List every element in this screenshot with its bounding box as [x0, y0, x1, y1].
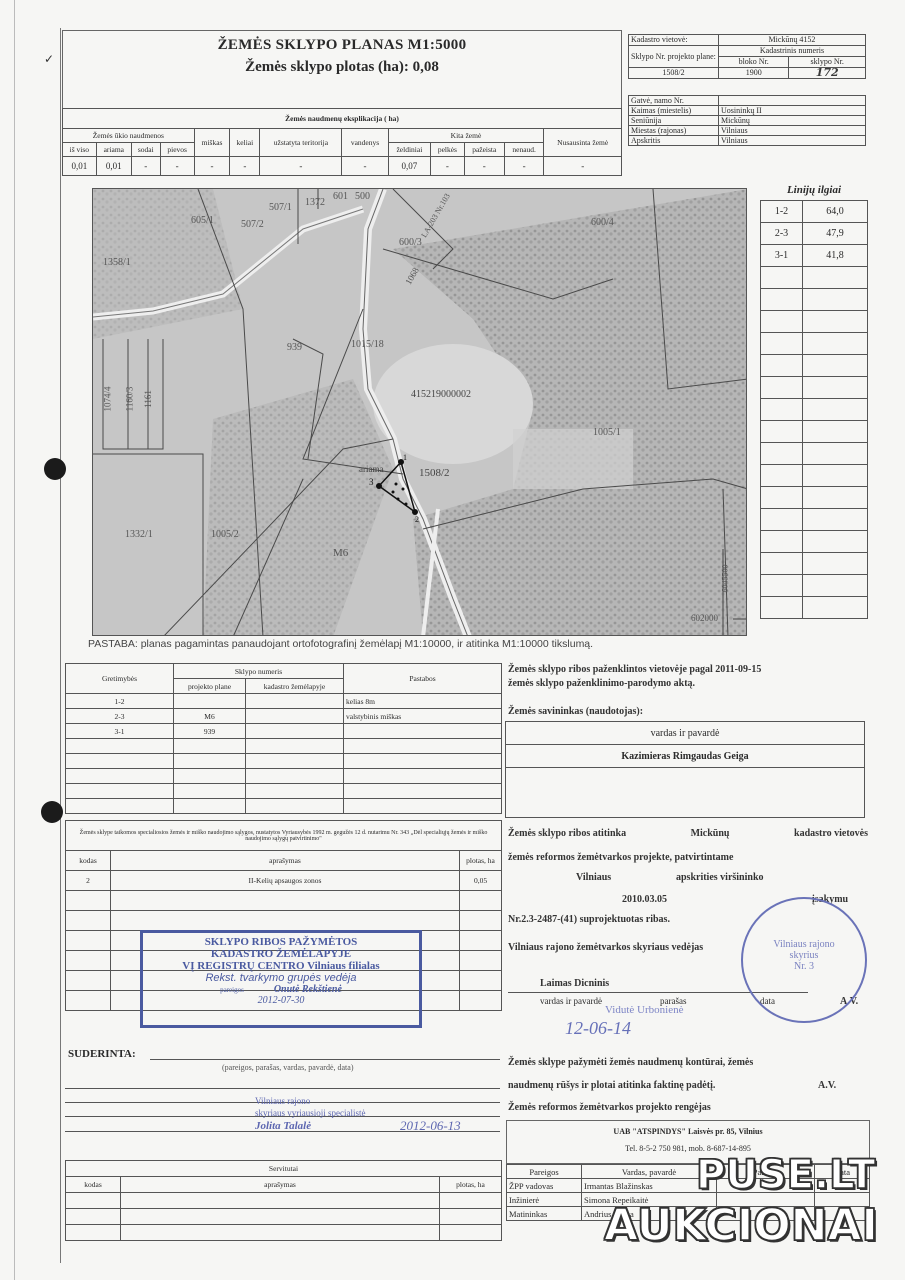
- map-label: 600/4: [591, 217, 614, 228]
- map-label: 1074/4: [103, 386, 113, 411]
- registry-stamp: SKLYPO RIBOS PAŽYMĖTOS KADASTRO ŽEMĖLAPY…: [140, 930, 422, 1028]
- marking-line-1: Žemės sklypo ribos paženklintos vietovėj…: [508, 664, 761, 675]
- map-label: 939: [287, 342, 302, 353]
- point-label: 2: [415, 515, 419, 524]
- table-row: 2-3M6valstybinis miškas: [66, 709, 502, 724]
- map-label: 1358/1: [103, 257, 131, 268]
- cadastre-table: Kadastro vietovė: Mickūnų 4152 Sklypo Nr…: [628, 34, 866, 79]
- owner-table: vardas ir pavardė Kazimieras Rimgaudas G…: [505, 721, 865, 818]
- punch-hole-bottom: [41, 801, 63, 823]
- address-table: Gatvė, namo Nr. Kaimas (miestelis)Uosini…: [628, 95, 866, 146]
- line-lengths-title: Linijų ilgiai: [760, 184, 868, 196]
- watermark-line-1: PUSE.LT: [696, 1152, 875, 1198]
- map-label: 602000: [691, 613, 718, 623]
- document-title: ŽEMĖS SKLYPO PLANAS M1:5000: [63, 37, 621, 54]
- approval-line-1: Žemės sklypo ribos atitinkaMickūnųkadast…: [508, 828, 868, 839]
- marking-line-2: žemės sklypo paženklinimo-parodymo aktą.: [508, 678, 695, 689]
- neighbours-table: Gretimybės Sklypo numeris Pastabos proje…: [65, 663, 502, 814]
- pen-mark: ✓: [44, 52, 54, 67]
- map-label: 601: [333, 191, 348, 202]
- punch-hole-top: [44, 458, 66, 480]
- land-use-values: 0,01 0,01 - - - - - - 0,07 - - - -: [63, 157, 622, 176]
- round-stamp: Vilniaus rajono skyrius Nr. 3: [741, 897, 867, 1023]
- page-edge: [14, 0, 15, 1280]
- handwritten-specialist: Vidutė Urbonienė: [605, 1004, 683, 1016]
- cadastre-location: Mickūnų 4152: [719, 35, 866, 46]
- map-label: 6045500: [721, 565, 730, 593]
- agreed-date: 2012-06-13: [400, 1118, 461, 1134]
- map-drawing: [93, 189, 747, 636]
- map-label: 507/1: [269, 202, 292, 213]
- document-header: ŽEMĖS SKLYPO PLANAS M1:5000 Žemės sklypo…: [62, 30, 622, 108]
- map-label: 1332/1: [125, 529, 153, 540]
- map-label: 1005/2: [211, 529, 239, 540]
- point-label: 3: [369, 477, 374, 487]
- plot-area: Žemės sklypo plotas (ha): 0,08: [63, 59, 621, 76]
- agreed-line: [65, 1088, 500, 1089]
- owner-name: Kazimieras Rimgaudas Geiga: [506, 745, 865, 768]
- servitudes-table: Servitutai kodas aprašymas plotas, ha: [65, 1160, 502, 1241]
- decree-date: 2010.03.05: [622, 894, 667, 905]
- line-lengths-table: 1-264,0 2-347,9 3-141,8: [760, 200, 868, 619]
- map-label: 500: [355, 191, 370, 202]
- orthophoto-map: 605/1 507/1 507/2 1372 601 500 600/4 600…: [92, 188, 747, 636]
- watermark-line-2: AUKCIONAI: [604, 1200, 878, 1251]
- plot-value: 172: [789, 68, 866, 79]
- block-value: 1900: [719, 68, 789, 79]
- map-label: 507/2: [241, 219, 264, 230]
- map-label: 1161: [143, 390, 153, 408]
- map-label: 600/3: [399, 237, 422, 248]
- table-row: 2 II-Kelių apsaugos zonos 0,05: [66, 871, 502, 891]
- group-other: Kita žemė: [388, 129, 544, 143]
- map-label: 1372: [305, 197, 325, 208]
- map-label: 1508/2: [419, 467, 450, 479]
- land-use-table: Žemės naudmenų eksplikacija ( ha) Žemės …: [62, 108, 622, 176]
- map-label: 1160/3: [124, 387, 134, 412]
- table-row: 3-1939: [66, 724, 502, 739]
- decree-number: Nr.2.3-2487-(41) suprojektuotas ribas.: [508, 914, 670, 925]
- group-agri: Žemės ūkio naudmenos: [63, 129, 195, 143]
- map-label: 605/1: [191, 215, 214, 226]
- table-row: 1-2kelias 8m: [66, 694, 502, 709]
- plot-nr-value: 1508/2: [629, 68, 719, 79]
- department-head-name: Laimas Dicninis: [540, 978, 609, 989]
- map-label: ariama: [359, 464, 383, 474]
- agreed-label: SUDERINTA:: [68, 1048, 136, 1060]
- map-note: PASTABA: planas pagamintas panaudojant o…: [88, 638, 593, 650]
- map-label: 415219000002: [411, 389, 471, 400]
- owner-label: Žemės savininkas (naudotojas):: [508, 706, 643, 717]
- map-label: M6: [333, 547, 348, 559]
- handwritten-date: 12-06-14: [565, 1018, 631, 1039]
- approval-line-2: žemės reformos žemėtvarkos projekte, pat…: [508, 852, 733, 863]
- land-use-caption: Žemės naudmenų eksplikacija ( ha): [63, 109, 622, 129]
- point-label: 1: [403, 453, 407, 462]
- map-label: 1015/18: [351, 339, 384, 350]
- agreed-line: [150, 1059, 500, 1060]
- map-label: 1005/1: [593, 427, 621, 438]
